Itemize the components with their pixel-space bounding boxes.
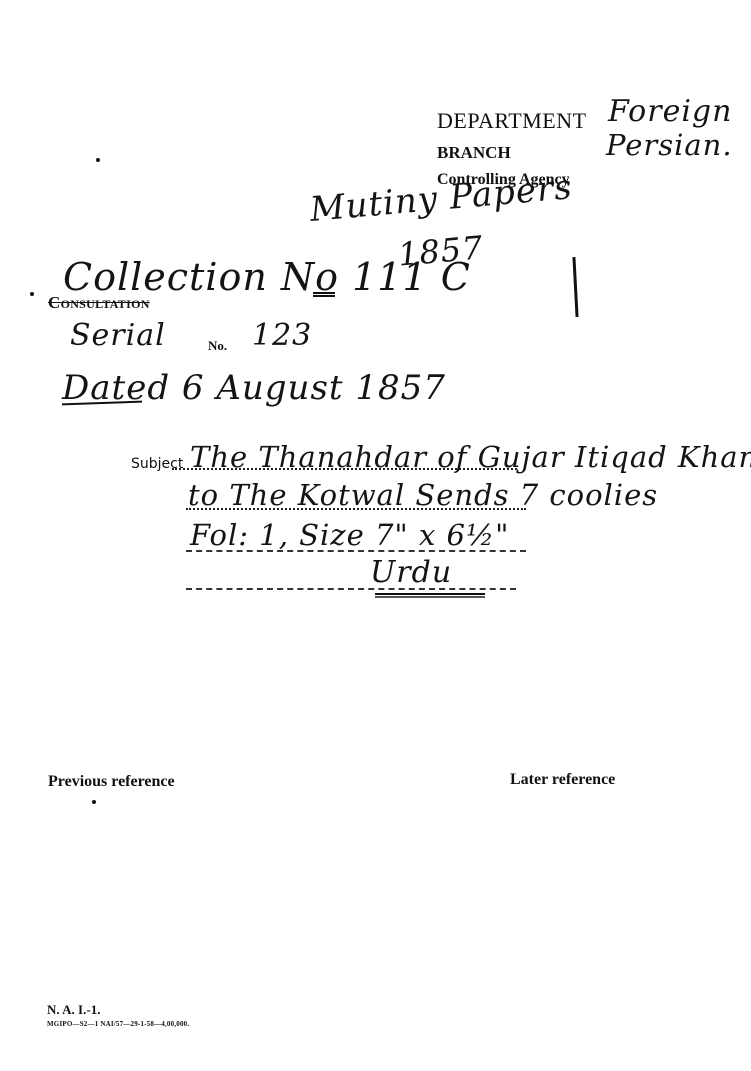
subject-rule <box>186 588 516 590</box>
form-code: N. A. I.-1. <box>47 1002 100 1018</box>
no-label: No. <box>208 338 227 354</box>
later-reference-label: Later reference <box>510 771 615 789</box>
ink-dot <box>30 292 34 296</box>
subject-line-language: Urdu <box>370 555 452 590</box>
print-line: MGIPO—S2—1 NAI/57—29-1-58—4,00,000. <box>47 1020 189 1028</box>
subject-line: The Thanahdar of Gujar Itiqad Khan <box>190 440 751 474</box>
previous-reference-label: Previous reference <box>48 773 175 791</box>
language-underline <box>375 593 485 595</box>
ink-dot <box>92 800 96 804</box>
collection-underline <box>313 292 335 294</box>
serial-label: Serial <box>70 318 166 353</box>
branch-value: Persian. <box>606 128 733 162</box>
department-value: Foreign <box>608 94 732 129</box>
serial-number: 123 <box>252 318 312 353</box>
branch-label: BRANCH <box>437 143 511 163</box>
department-label: DEPARTMENT <box>437 108 587 134</box>
subject-line: to The Kotwal Sends 7 coolies <box>188 478 658 512</box>
subject-line: Fol: 1, Size 7" x 6½" <box>190 518 509 552</box>
ink-dot <box>96 158 100 162</box>
vertical-pen-mark <box>572 257 578 317</box>
consultation-label: Consultation <box>48 293 150 313</box>
